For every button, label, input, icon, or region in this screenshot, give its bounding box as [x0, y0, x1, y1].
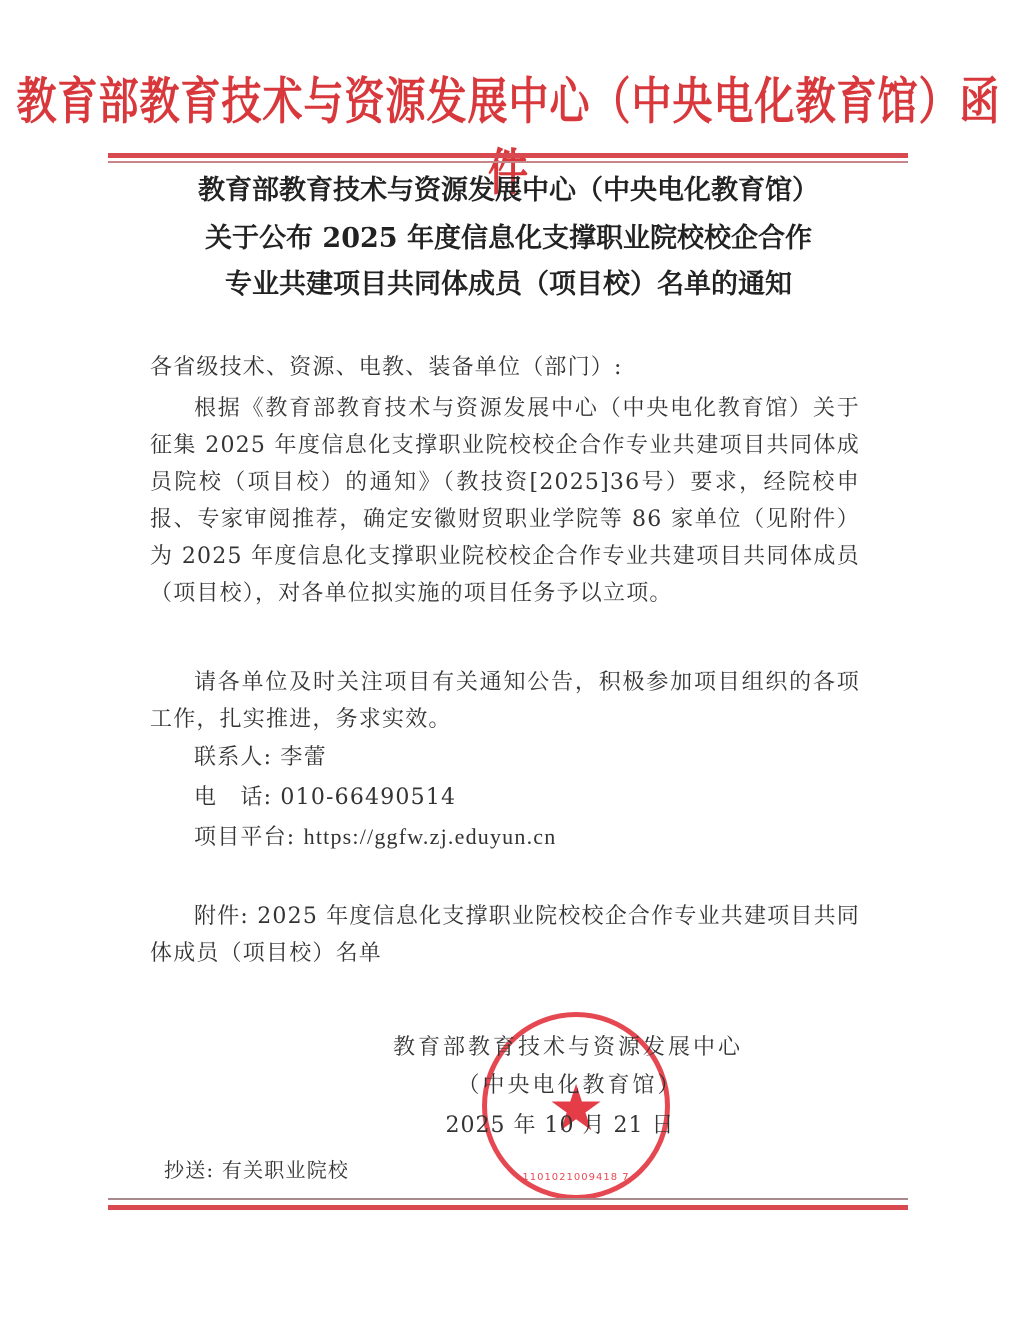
title-line-3: 专业共建项目共同体成员（项目校）名单的通知: [0, 264, 1017, 306]
contact-phone-number: 010-66490514: [280, 785, 456, 810]
header-rule-thick: [108, 153, 908, 158]
title-line-2: 关于公布 2025 年度信息化支撑职业院校校企合作: [0, 218, 1017, 260]
signature-org-line-2: （中央电化教育馆）: [440, 1068, 700, 1099]
attachment-note: 附件: 2025 年度信息化支撑职业院校校企合作专业共建项目共同体成员（项目校）…: [150, 898, 860, 972]
contact-person: 联系人: 李蕾: [194, 740, 327, 771]
contact-phone: 电 话: 010-66490514: [194, 780, 456, 811]
contact-person-name: 李蕾: [280, 745, 326, 770]
contact-person-label: 联系人:: [194, 745, 272, 770]
footer-rule-thick: [108, 1205, 908, 1210]
body-paragraph-1: 根据《教育部教育技术与资源发展中心（中央电化教育馆）关于征集 2025 年度信息…: [150, 390, 860, 612]
body-paragraph-2: 请各单位及时关注项目有关通知公告，积极参加项目组织的各项工作，扎实推进，务求实效…: [150, 664, 860, 738]
signature-org-line-1: 教育部教育技术与资源发展中心: [378, 1030, 758, 1061]
footer-rule-thin: [108, 1198, 908, 1200]
contact-platform: 项目平台: https://ggfw.zj.eduyun.cn: [194, 820, 556, 851]
salutation: 各省级技术、资源、电教、装备单位（部门）:: [150, 350, 623, 381]
contact-phone-label: 电 话:: [194, 785, 272, 810]
cc-recipients: 抄送: 有关职业院校: [164, 1154, 349, 1183]
contact-platform-label: 项目平台:: [194, 825, 295, 850]
header-rule-thin: [108, 161, 908, 163]
contact-platform-url[interactable]: https://ggfw.zj.eduyun.cn: [304, 824, 557, 849]
seal-code: 1101021009418 7: [487, 1172, 665, 1183]
title-line-1: 教育部教育技术与资源发展中心（中央电化教育馆）: [0, 170, 1017, 212]
signature-date: 2025 年 10 月 21 日: [440, 1108, 680, 1139]
